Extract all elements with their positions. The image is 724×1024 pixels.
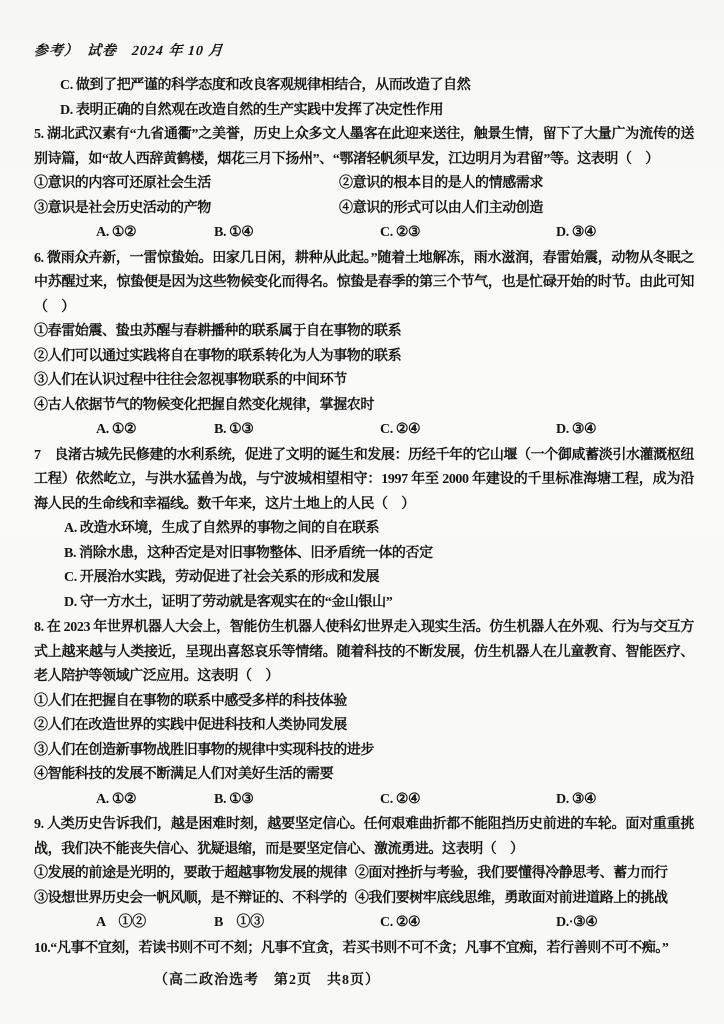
leftover-option: C. 做到了把严谨的科学态度和改良客观规律相结合，从而改造了自然 xyxy=(60,74,694,99)
numbered-item: ③人们在创造新事物战胜旧事物的规律中实现科技的进步 xyxy=(34,739,694,764)
previous-question-leftover-options: C. 做到了把严谨的科学态度和改良客观规律相结合，从而改造了自然D. 表明正确的… xyxy=(34,74,694,123)
choices-row: A. ①②B. ①③C. ②④D. ③④ xyxy=(34,418,694,443)
question-9: 9. 人类历史告诉我们，越是困难时刻，越要坚定信心。任何艰难曲折都不能阻挡历史前… xyxy=(34,813,694,936)
choice-option: C. ②④ xyxy=(380,418,556,443)
answer-option: C. 开展治水实践，劳动促进了社会关系的形成和发展 xyxy=(34,566,694,591)
question-8: 8. 在 2023 年世界机器人大会上，智能仿生机器人使科幻世界走入现实生活。仿… xyxy=(34,616,694,812)
question-5: 5. 湖北武汉素有“九省通衢”之美誉，历史上众多文人墨客在此迎来送往，触景生情，… xyxy=(34,123,694,246)
numbered-item-row: ③设想世界历史会一帆风顺，是不辩证的、不科学的④我们要树牢底线思维，勇敢面对前进… xyxy=(34,887,694,912)
choices-row: A ①②B ①③C. ②④D.·③④ xyxy=(34,911,694,936)
question-6: 6. 微雨众卉新，一雷惊蛰始。田家几日闲，耕种从此起。”随着土地解冻，雨水滋润，… xyxy=(34,247,694,443)
numbered-item: ②人们可以通过实践将自在事物的联系转化为人为事物的联系 xyxy=(34,345,694,370)
choice-option: A. ①② xyxy=(96,418,214,443)
choice-option: B. ①③ xyxy=(214,418,380,443)
question-stem: 9. 人类历史告诉我们，越是困难时刻，越要坚定信心。任何艰难曲折都不能阻挡历史前… xyxy=(34,813,694,862)
question-7: 7 良渚古城先民修建的水利系统，促进了文明的诞生和发展：历经千年的它山堰（一个御… xyxy=(34,444,694,616)
exam-paper-page: 参考） 试卷 2024 年 10 月 C. 做到了把严谨的科学态度和改良客观规律… xyxy=(0,0,724,1024)
question-stem: 6. 微雨众卉新，一雷惊蛰始。田家几日闲，耕种从此起。”随着土地解冻，雨水滋润，… xyxy=(34,247,694,321)
question-stem: 5. 湖北武汉素有“九省通衢”之美誉，历史上众多文人墨客在此迎来送往，触景生情，… xyxy=(34,123,694,172)
numbered-item: ②人们在改造世界的实践中促进科技和人类协同发展 xyxy=(34,714,694,739)
question-stem: 8. 在 2023 年世界机器人大会上，智能仿生机器人使科幻世界走入现实生活。仿… xyxy=(34,616,694,690)
choice-option: A. ①② xyxy=(96,221,214,246)
question-stem: 10.“凡事不宜刻，若读书则不可不刻；凡事不宜贪，若买书则不可不贪；凡事不宜痴，… xyxy=(34,937,694,962)
questions-container: 5. 湖北武汉素有“九省通衢”之美誉，历史上众多文人墨客在此迎来送往，触景生情，… xyxy=(34,123,694,961)
numbered-item: ③意识是社会历史活动的产物 xyxy=(34,197,331,222)
answer-option: A. 改造水环境，生成了自然界的事物之间的自在联系 xyxy=(34,517,694,542)
choice-option: D.·③④ xyxy=(556,911,694,936)
choice-option: B. ①④ xyxy=(214,221,380,246)
choice-option: C. ②④ xyxy=(380,788,556,813)
answer-option: B. 消除水患，这种否定是对旧事物整体、旧矛盾统一体的否定 xyxy=(34,542,694,567)
numbered-item-row: ①意识的内容可还原社会生活②意识的根本目的是人的情感需求 xyxy=(34,172,694,197)
choice-option: A ①② xyxy=(96,911,214,936)
choices-row: A. ①②B. ①③C. ②④D. ③④ xyxy=(34,788,694,813)
numbered-item: ②意识的根本目的是人的情感需求 xyxy=(339,172,694,197)
numbered-item: ④我们要树牢底线思维，勇敢面对前进道路上的挑战 xyxy=(355,887,694,912)
choice-option: D. ③④ xyxy=(556,418,694,443)
choice-option: B ①③ xyxy=(214,911,380,936)
numbered-item: ①意识的内容可还原社会生活 xyxy=(34,172,331,197)
question-10: 10.“凡事不宜刻，若读书则不可不刻；凡事不宜贪，若买书则不可不贪；凡事不宜痴，… xyxy=(34,937,694,962)
numbered-item: ①人们在把握自在事物的联系中感受多样的科技体验 xyxy=(34,690,694,715)
choice-option: C. ②④ xyxy=(380,911,556,936)
page-number-footer: （高二政治选考 第2页 共8页） xyxy=(34,969,694,989)
numbered-item: ②面对挫折与考验，我们要懂得冷静思考、蓄力而行 xyxy=(355,862,694,887)
numbered-item-row: ③意识是社会历史活动的产物④意识的形式可以由人们主动创造 xyxy=(34,197,694,222)
numbered-item: ③设想世界历史会一帆风顺，是不辩证的、不科学的 xyxy=(34,887,347,912)
numbered-item: ④智能科技的发展不断满足人们对美好生活的需要 xyxy=(34,763,694,788)
choice-option: B. ①③ xyxy=(214,788,380,813)
choice-option: C. ②③ xyxy=(380,221,556,246)
paper-header: 参考） 试卷 2024 年 10 月 xyxy=(33,40,694,60)
choice-option: A. ①② xyxy=(96,788,214,813)
numbered-item-row: ①发展的前途是光明的，要敢于超越事物发展的规律②面对挫折与考验，我们要懂得冷静思… xyxy=(34,862,694,887)
choice-option: D. ③④ xyxy=(556,788,694,813)
question-stem: 7 良渚古城先民修建的水利系统，促进了文明的诞生和发展：历经千年的它山堰（一个御… xyxy=(34,444,694,518)
choices-row: A. ①②B. ①④C. ②③D. ③④ xyxy=(34,221,694,246)
numbered-item: ①发展的前途是光明的，要敢于超越事物发展的规律 xyxy=(34,862,347,887)
answer-option: D. 守一方水土，证明了劳动就是客观实在的“金山银山” xyxy=(34,591,694,616)
choice-option: D. ③④ xyxy=(556,221,694,246)
numbered-item: ①春雷始震、蛰虫苏醒与春耕播种的联系属于自在事物的联系 xyxy=(34,320,694,345)
numbered-item: ③人们在认识过程中往往会忽视事物联系的中间环节 xyxy=(34,369,694,394)
leftover-option: D. 表明正确的自然观在改造自然的生产实践中发挥了决定性作用 xyxy=(60,99,694,124)
numbered-item: ④意识的形式可以由人们主动创造 xyxy=(339,197,694,222)
numbered-item: ④古人依据节气的物候变化把握自然变化规律，掌握农时 xyxy=(34,394,694,419)
